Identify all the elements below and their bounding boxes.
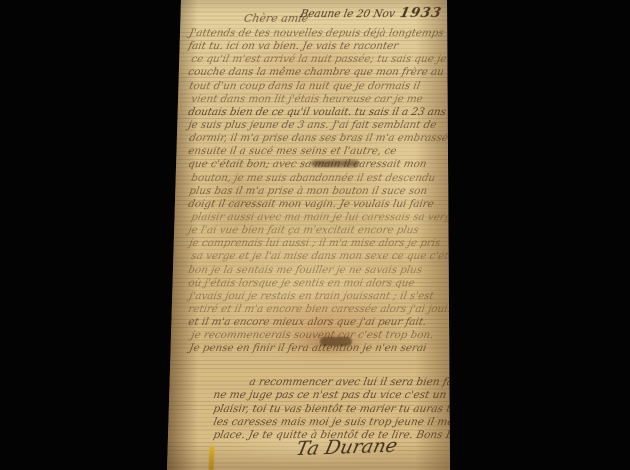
letter-paper: Beaune le 20 Nov 1933 Chère amie J'atten…: [0, 0, 630, 470]
photo-of-letter: Beaune le 20 Nov 1933 Chère amie J'atten…: [0, 0, 630, 470]
paper-edge-shading: [0, 0, 630, 470]
